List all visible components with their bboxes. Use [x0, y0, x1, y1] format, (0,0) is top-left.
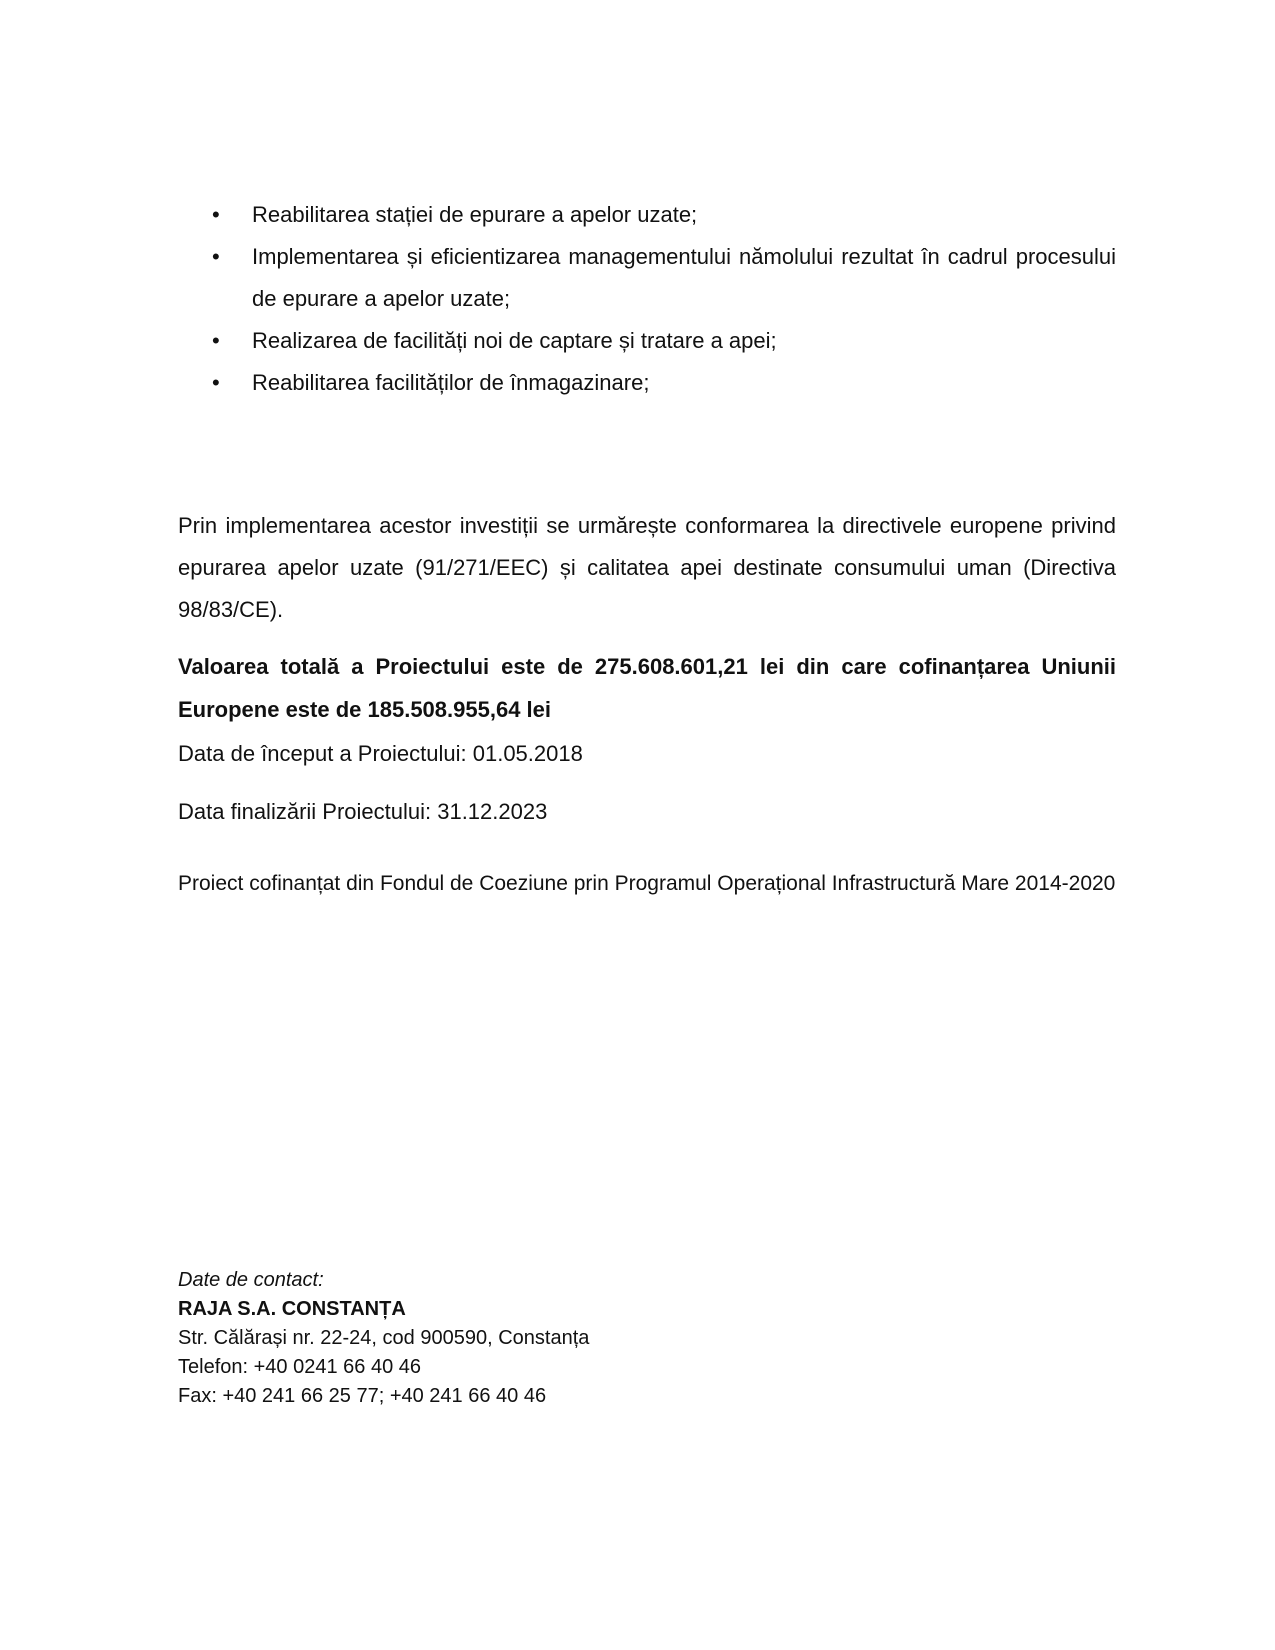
list-item: Realizarea de facilități noi de captare … [210, 320, 1116, 362]
funding-note: Proiect cofinanțat din Fondul de Coeziun… [178, 870, 1116, 898]
start-date: Data de început a Proiectului: 01.05.201… [178, 740, 1116, 768]
list-item: Reabilitarea stației de epurare a apelor… [210, 194, 1116, 236]
contact-block: Date de contact: RAJA S.A. CONSTANȚA Str… [178, 1266, 589, 1411]
address: Str. Călărași nr. 22-24, cod 900590, Con… [178, 1324, 589, 1353]
company-name: RAJA S.A. CONSTANȚA [178, 1295, 589, 1324]
list-item: Implementarea și eficientizarea manageme… [210, 236, 1116, 320]
objective-paragraph: Prin implementarea acestor investiții se… [178, 505, 1116, 631]
list-item: Reabilitarea facilităților de înmagazina… [210, 362, 1116, 404]
contact-heading: Date de contact: [178, 1266, 589, 1295]
investment-list: Reabilitarea stației de epurare a apelor… [210, 194, 1116, 404]
project-value-paragraph: Valoarea totală a Proiectului este de 27… [178, 645, 1116, 731]
end-date: Data finalizării Proiectului: 31.12.2023 [178, 798, 1116, 826]
fax: Fax: +40 241 66 25 77; +40 241 66 40 46 [178, 1382, 589, 1411]
phone: Telefon: +40 0241 66 40 46 [178, 1353, 589, 1382]
